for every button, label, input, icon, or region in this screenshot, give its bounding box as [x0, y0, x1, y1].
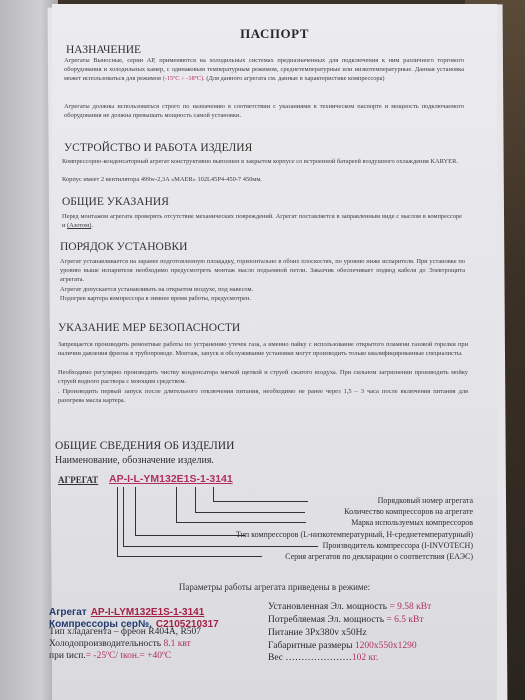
- installation-paragraph-2: Агрегат допускается устанавливать на отк…: [60, 285, 465, 294]
- param-installed-power: Установленная Эл. мощность = 9.58 кВт: [268, 602, 431, 612]
- general-text: Перед монтажом агрегата проверить отсутс…: [62, 213, 462, 229]
- section-heading-device: УСТРОЙСТВО И РАБОТА ИЗДЕЛИЯ: [64, 142, 252, 154]
- param-capacity: Холодопроизводительность 8.1 квт: [49, 639, 191, 649]
- installation-paragraph-1: Агрегат устанавливается на заранее подго…: [60, 257, 465, 285]
- safety-paragraph-1: Запрещается производить ремонтные работы…: [58, 340, 468, 358]
- nitrogen-note: (Азотом): [67, 222, 91, 229]
- legend-series-declaration: Серия агрегатов по декларации о соответс…: [285, 552, 473, 561]
- purpose-paragraph-1: Агрегаты Выносные, серии АР, применяются…: [64, 56, 464, 84]
- param-dimensions-label: Габаритные размеры: [268, 641, 353, 651]
- param-weight-label: Вес …………………: [268, 653, 352, 663]
- device-paragraph-1: Компрессорно-конденсаторный агрегат конс…: [62, 157, 462, 166]
- legend-compressor-count: Количество компрессоров на агрегате: [344, 507, 473, 516]
- legend-compressor-brand: Марка используемых компрессоров: [351, 518, 473, 527]
- param-weight: Вес …………………102 кг.: [268, 653, 378, 663]
- installation-paragraph-3: Подогрев картера компрессора в зимнее вр…: [60, 294, 465, 303]
- section-heading-purpose: НАЗНАЧЕНИЕ: [66, 44, 141, 56]
- param-conditions-label: при tисп.: [49, 651, 86, 661]
- temperature-range: (-15ºС ÷ -18ºС).: [163, 75, 205, 82]
- param-weight-value: 102 кг.: [352, 653, 378, 663]
- purpose-paragraph-2: Агрегаты должны использоваться строго по…: [64, 102, 464, 120]
- param-conditions-value: = -25ºC/ tкон.= +40ºC: [86, 651, 172, 661]
- param-conditions: при tисп.= -25ºC/ tкон.= +40ºC: [49, 651, 171, 661]
- param-consumed-power: Потребляемая Эл. мощность = 6.5 кВт: [268, 615, 424, 625]
- param-refrigerant: Тип хладагента – фреон R404A, R507: [49, 627, 201, 637]
- safety-paragraph-2: Необходимо регулярно производить чистку …: [58, 368, 468, 386]
- general-paragraph: Перед монтажом агрегата проверить отсутс…: [62, 212, 462, 230]
- passport-page: ПАСПОРТ НАЗНАЧЕНИЕ Агрегаты Выносные, се…: [52, 4, 497, 700]
- section-heading-safety: УКАЗАНИЕ МЕР БЕЗОПАСНОСТИ: [58, 322, 240, 334]
- section-heading-installation: ПОРЯДОК УСТАНОВКИ: [60, 241, 187, 253]
- param-capacity-label: Холодопроизводительность: [49, 639, 161, 649]
- param-installed-power-label: Установленная Эл. мощность: [268, 602, 387, 612]
- page-title: ПАСПОРТ: [52, 26, 497, 42]
- section-heading-product-info: ОБЩИЕ СВЕДЕНИЯ ОБ ИЗДЕЛИИ: [55, 440, 234, 452]
- legend-serial-number: Порядковый номер агрегата: [378, 496, 473, 505]
- param-supply: Питание 3Рх380v х50Hz: [268, 628, 367, 638]
- param-consumed-power-value: = 6.5 кВт: [386, 615, 423, 625]
- aggregate-label: АГРЕГАТ: [58, 475, 98, 485]
- general-text-end: .: [91, 222, 93, 229]
- legend-compressor-manufacturer: Производитель компрессора (I-INVOTECH): [323, 541, 473, 550]
- param-dimensions-value: 1200х550х1290: [355, 641, 417, 651]
- section-heading-general: ОБЩИЕ УКАЗАНИЯ: [62, 196, 169, 208]
- purpose-note: (Для данного агрегата см. данные в харак…: [206, 75, 384, 82]
- param-capacity-value: 8.1 квт: [164, 639, 191, 649]
- aggregate-code: AP-I-L-YM132E1S-1-3141: [109, 473, 233, 485]
- device-paragraph-2: Корпус имеет 2 вентилятора 499w-2,3A «MA…: [62, 175, 462, 184]
- param-dimensions: Габаритные размеры 1200х550х1290: [268, 641, 417, 651]
- param-installed-power-value: = 9.58 кВт: [389, 602, 431, 612]
- legend-compressor-type: Тип компрессоров (L-низкотемпературный, …: [236, 530, 473, 539]
- parameters-title: Параметры работы агрегата приведены в ре…: [52, 582, 497, 592]
- param-consumed-power-label: Потребляемая Эл. мощность: [268, 615, 384, 625]
- product-naming-subheading: Наименование, обозначение изделия.: [55, 455, 214, 466]
- safety-paragraph-3: . Производить первый запуск после длител…: [58, 387, 468, 405]
